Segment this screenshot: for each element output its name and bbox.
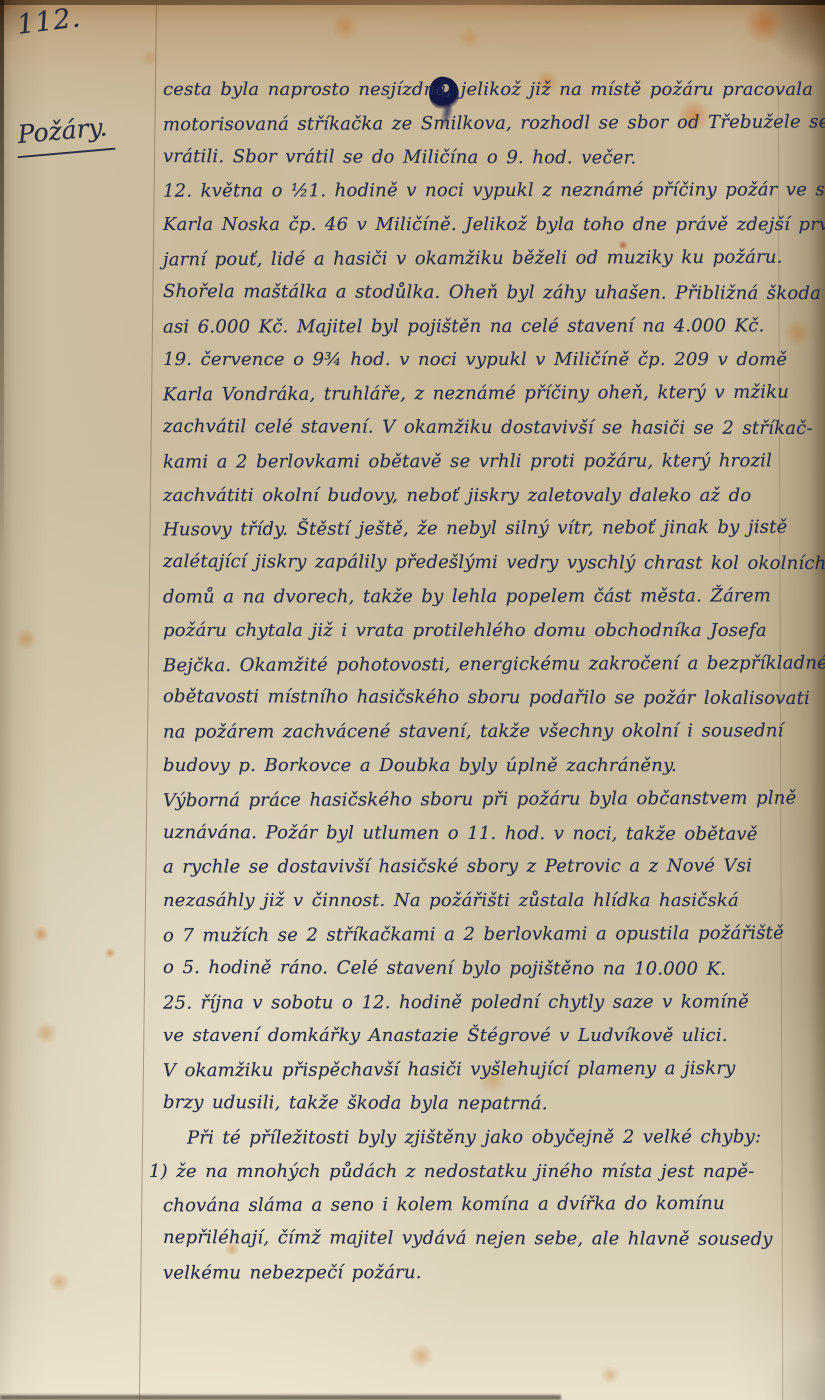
text-line: jarní pouť, lidé a hasiči v okamžiku běž… (163, 241, 789, 278)
foxing-spot (408, 1344, 434, 1368)
foxing-spot (104, 948, 116, 958)
text-line: nezasáhly již v činnost. Na požářišti zů… (163, 884, 789, 918)
text-line: cesta byla naprosto nesjízdná, jelikož j… (163, 73, 789, 107)
text-line: Karla Vondráka, truhláře, z neznámé příč… (163, 376, 789, 413)
scan-edge-top (0, 0, 825, 5)
text-line: Výborná práce hasičského sboru při požár… (163, 781, 789, 818)
text-line: ve stavení domkářky Anastazie Štégrové v… (163, 1019, 789, 1053)
text-line: o 5. hodině ráno. Celé stavení bylo poji… (163, 951, 789, 987)
foxing-spot (600, 1366, 620, 1384)
foxing-spot (14, 628, 38, 650)
text-line: velkému nebezpečí požáru. (163, 1255, 789, 1290)
text-line: o 7 mužích se 2 stříkačkami a 2 berlovka… (163, 917, 789, 954)
text-line: zachvátiti okolní budovy, neboť jiskry z… (163, 479, 789, 513)
text-line: 1) že na mnohých půdách z nedostatku jin… (149, 1155, 789, 1189)
text-line: 25. října v sobotu o 12. hodině polední … (163, 985, 789, 1020)
text-line: Bejčka. Okamžité pohotovosti, energickém… (163, 646, 789, 683)
scan-edge-left (0, 0, 4, 560)
text-line: zachvátil celé stavení. V okamžiku dosta… (163, 410, 789, 446)
text-line: zalétající jiskry zapálily předešlými ve… (163, 545, 789, 581)
text-line: na požárem zachvácené stavení, takže vše… (163, 714, 789, 749)
foxing-spot (742, 6, 786, 42)
scanned-manuscript-page: 112. Požáry. cesta byla naprosto nesjízd… (0, 0, 825, 1400)
text-line: Karla Noska čp. 46 v Miličíně. Jelikož b… (163, 208, 789, 242)
page-number: 112. (15, 2, 82, 41)
scan-edge-bottom (0, 1395, 561, 1400)
text-line: požáru chytala již i vrata protilehlého … (163, 614, 789, 648)
text-line: kami a 2 berlovkami obětavě se vrhli pro… (163, 444, 789, 479)
foxing-spot (330, 14, 360, 40)
foxing-spot (34, 1022, 58, 1044)
text-line: vrátili. Sbor vrátil se do Miličína o 9.… (163, 140, 789, 176)
manuscript-text: cesta byla naprosto nesjízdná, jelikož j… (163, 73, 789, 1290)
text-line: V okamžiku přispěchavší hasiči vyšlehují… (163, 1052, 789, 1089)
foxing-spot (32, 926, 50, 942)
text-line: motorisovaná stříkačka ze Smilkova, rozh… (163, 105, 789, 142)
text-line: 19. července o 9¾ hod. v noci vypukl v M… (163, 343, 789, 377)
text-line: brzy udusili, takže škoda byla nepatrná. (163, 1086, 789, 1122)
text-line: budovy p. Borkovce a Doubka byly úplně z… (163, 749, 789, 783)
text-line: obětavosti místního hasičského sboru pod… (163, 680, 789, 716)
text-line: chována sláma a seno i kolem komína a dv… (163, 1187, 789, 1224)
text-line: a rychle se dostavivší hasičské sbory z … (163, 850, 789, 885)
text-line: Husovy třídy. Štěstí ještě, že nebyl sil… (163, 511, 789, 548)
text-line: asi 6.000 Kč. Majitel byl pojištěn na ce… (163, 309, 789, 344)
margin-note-pozary: Požáry. (15, 112, 116, 158)
text-line: Při té příležitosti byly zjištěny jako o… (163, 1120, 789, 1155)
text-line: uznávána. Požár byl utlumen o 11. hod. v… (163, 816, 789, 852)
foxing-spot (458, 28, 480, 48)
margin-rule-line (139, 0, 157, 1400)
text-line: 12. května o ½1. hodině v noci vypukl z … (163, 174, 789, 209)
text-line: domů a na dvorech, takže by lehla popele… (163, 579, 789, 614)
text-line: Shořela maštálka a stodůlka. Oheň byl zá… (163, 275, 789, 311)
foxing-spot (48, 1272, 70, 1292)
text-line: nepřiléhají, čímž majitel vydává nejen s… (163, 1221, 789, 1257)
